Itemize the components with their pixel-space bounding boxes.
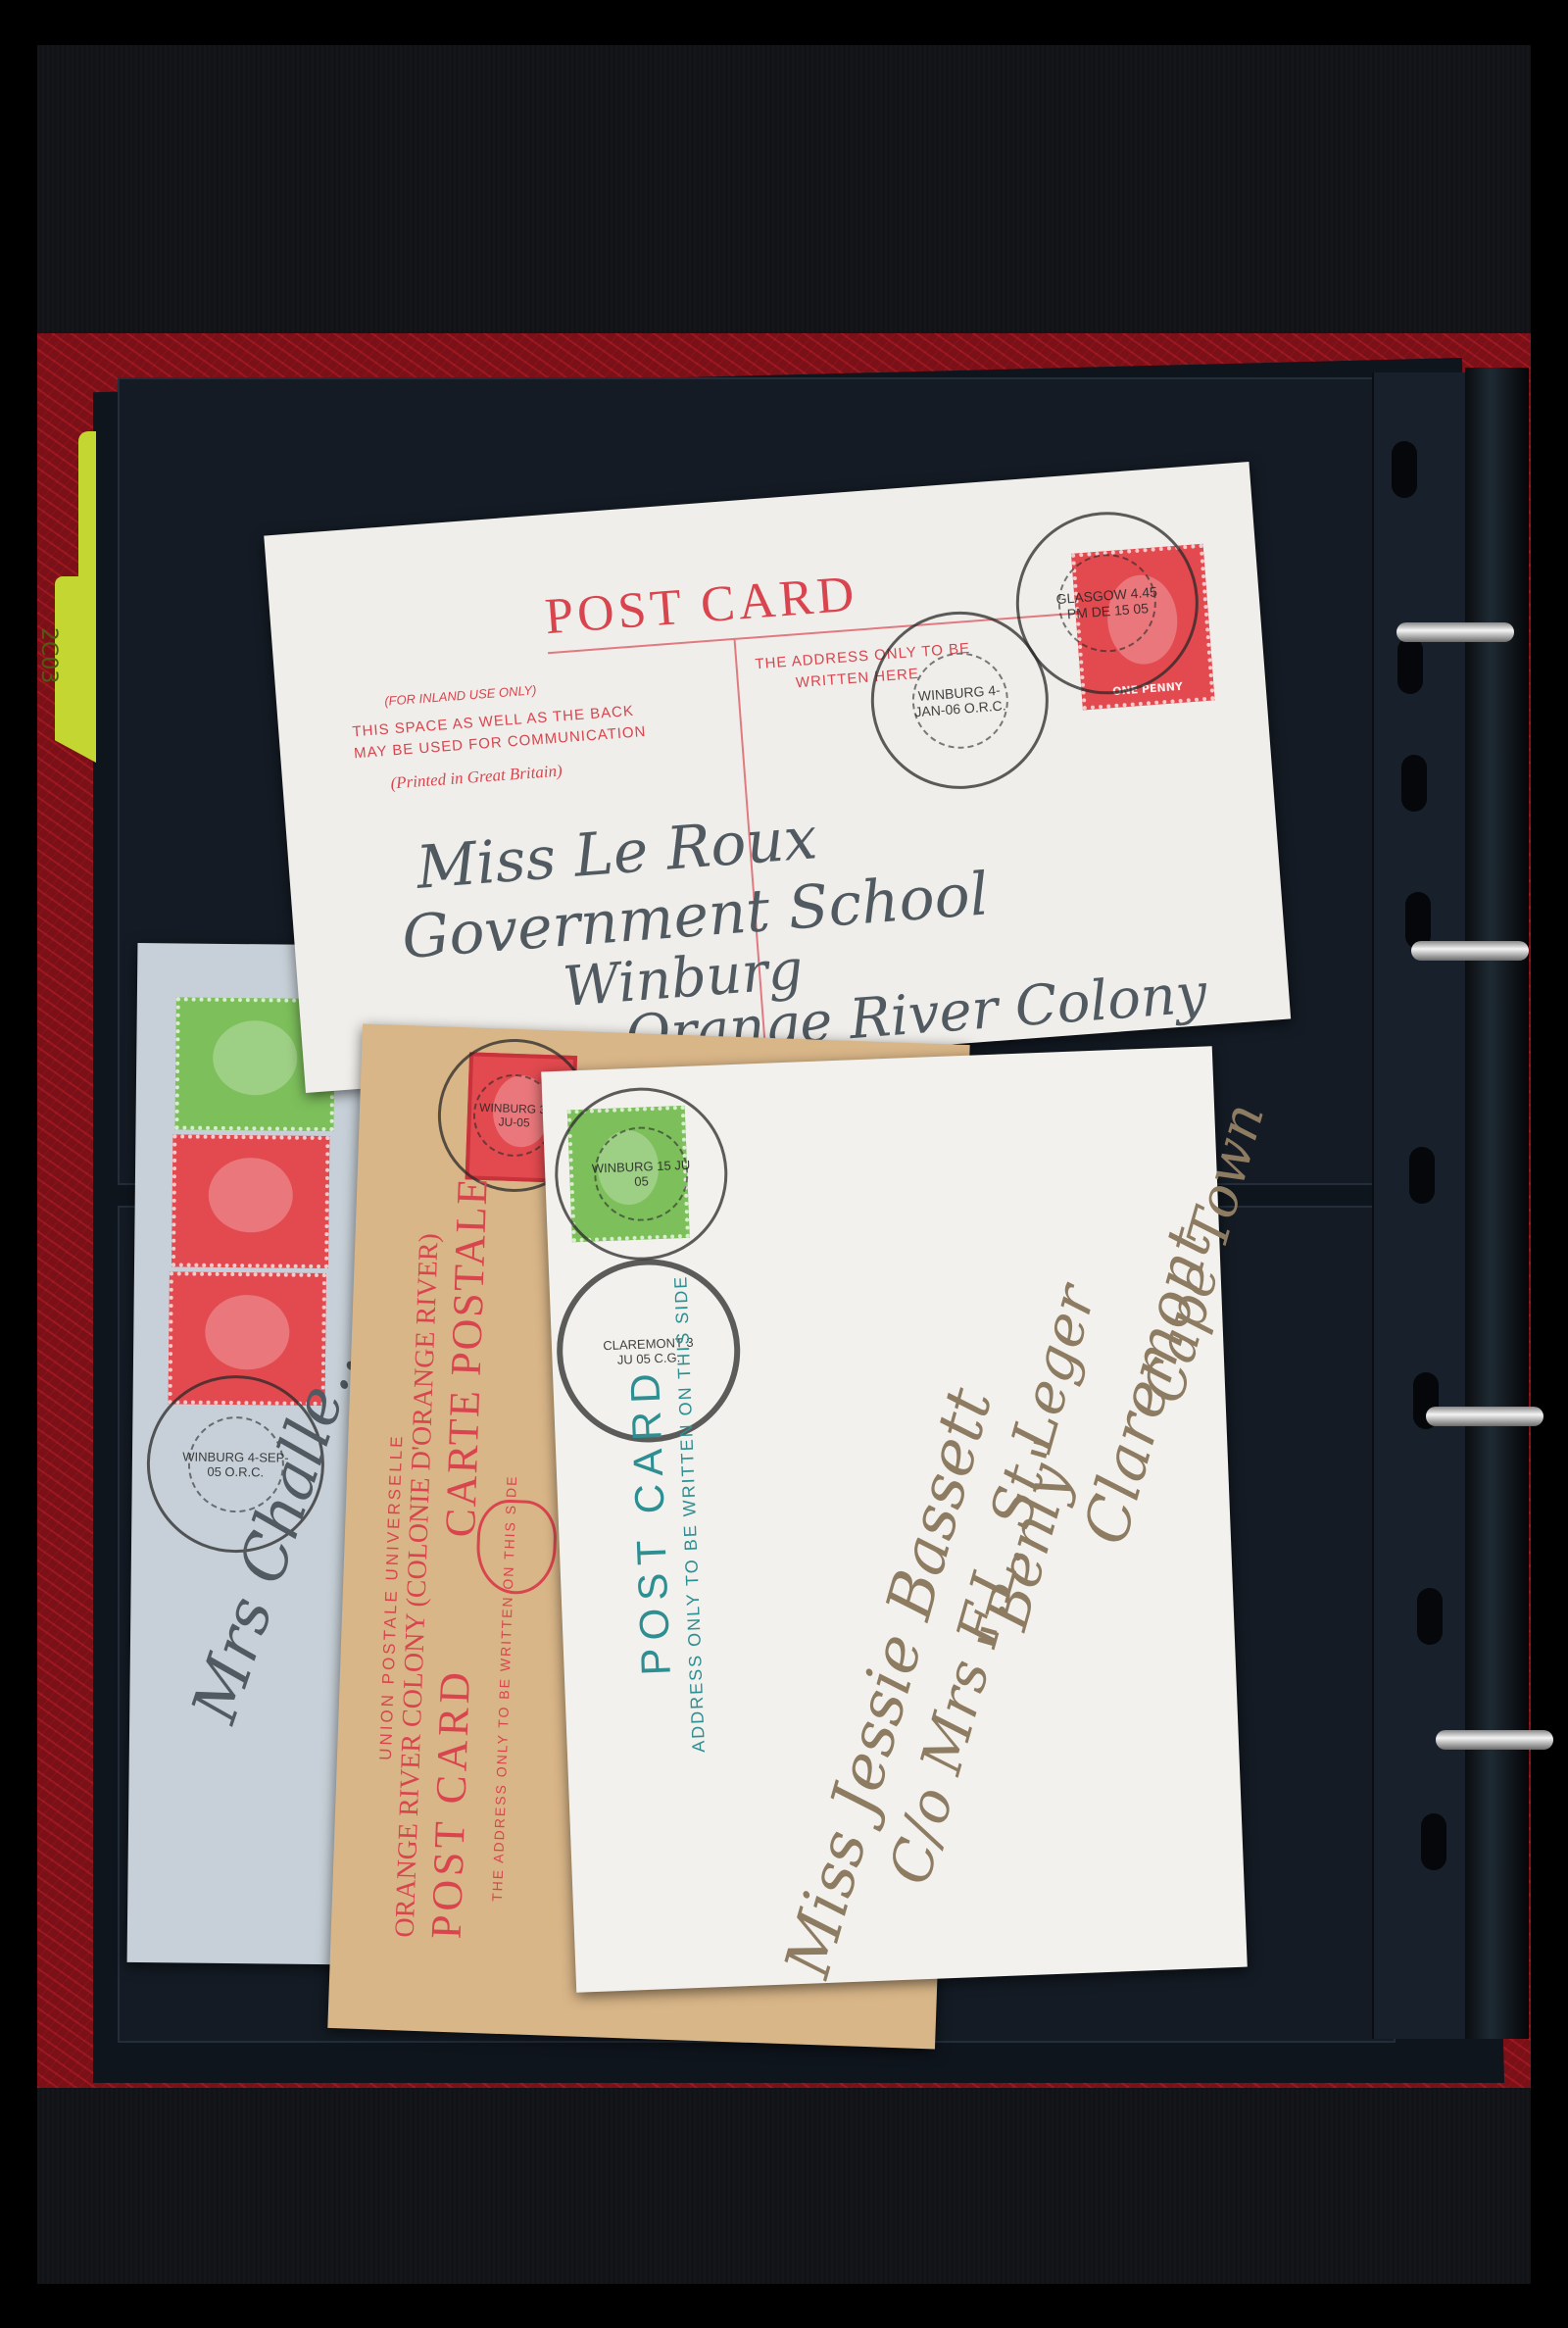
stamp-penny-red	[171, 1134, 329, 1268]
cape-postcard[interactable]: WINBURG 15 JU 05 CLAREMONT 3 JU 05 C.G. …	[541, 1046, 1248, 1993]
punch-hole	[1417, 1588, 1443, 1645]
punch-hole	[1401, 755, 1427, 812]
binder-ring	[1426, 1407, 1543, 1426]
punch-hole	[1397, 637, 1423, 694]
index-tab-label: 2C03	[36, 627, 61, 683]
index-tab[interactable]	[55, 576, 96, 763]
binder-spine	[1465, 368, 1529, 2039]
index-tab-upper	[78, 431, 96, 578]
binder-ring	[1396, 622, 1514, 642]
punch-hole	[1421, 1813, 1446, 1870]
punch-hole	[1409, 1147, 1435, 1204]
binder-ring	[1436, 1730, 1553, 1750]
binder-ring	[1411, 941, 1529, 961]
punch-hole	[1392, 441, 1417, 498]
